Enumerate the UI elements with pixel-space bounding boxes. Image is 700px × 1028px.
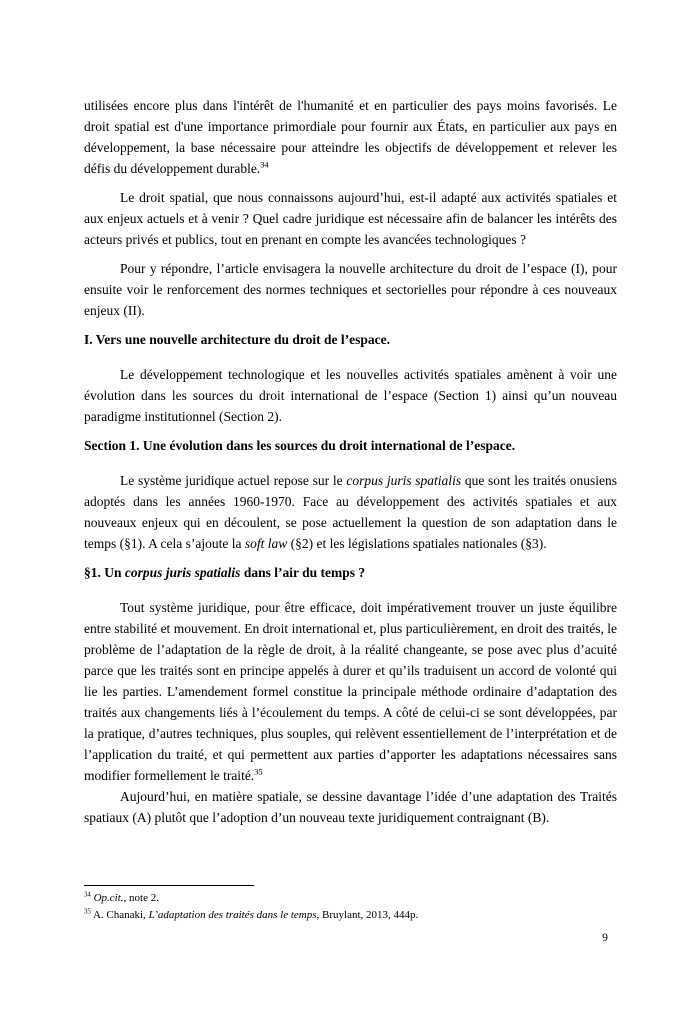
footnote: 35 A. Chanaki, L’adaptation des traités … — [84, 907, 617, 924]
paragraph: Tout système juridique, pour être effica… — [84, 597, 617, 786]
paragraph: utilisées encore plus dans l'intérêt de … — [84, 95, 617, 179]
text-segment: §1. Un — [84, 565, 125, 580]
paragraph: Le droit spatial, que nous connaissons a… — [84, 187, 617, 250]
paragraph: Le développement technologique et les no… — [84, 364, 617, 427]
text-segment: Tout système juridique, pour être effica… — [84, 600, 617, 783]
text-segment: A. Chanaki, — [91, 909, 149, 921]
text-segment: corpus juris spatialis — [125, 565, 241, 580]
text-segment: Le développement technologique et les no… — [84, 367, 617, 424]
text-segment: , note 2. — [124, 892, 159, 904]
page-number: 9 — [590, 932, 620, 944]
text-segment: , Bruylant, 2013, 444p. — [317, 909, 419, 921]
section-heading: §1. Un corpus juris spatialis dans l’air… — [84, 562, 617, 583]
footnote-separator — [84, 885, 254, 886]
paragraph: Pour y répondre, l’article envisagera la… — [84, 258, 617, 321]
text-segment: I. Vers une nouvelle architecture du dro… — [84, 332, 390, 347]
text-segment: Pour y répondre, l’article envisagera la… — [84, 261, 617, 318]
text-segment: Section 1. Une évolution dans les source… — [84, 438, 515, 453]
document-page: utilisées encore plus dans l'intérêt de … — [0, 0, 700, 1028]
paragraph: Le système juridique actuel repose sur l… — [84, 470, 617, 554]
text-segment: L’adaptation des traités dans le temps — [149, 909, 317, 921]
section-heading: Section 1. Une évolution dans les source… — [84, 435, 617, 456]
text-segment: Op.cit. — [94, 892, 124, 904]
text-segment: Aujourd’hui, en matière spatiale, se des… — [84, 789, 617, 825]
text-segment: corpus juris spatialis — [346, 473, 461, 488]
footnote-reference: 35 — [84, 908, 91, 915]
footnote-reference: 34 — [260, 161, 268, 170]
section-heading: I. Vers une nouvelle architecture du dro… — [84, 329, 617, 350]
footnote: 34 Op.cit., note 2. — [84, 890, 617, 907]
text-segment: Le droit spatial, que nous connaissons a… — [84, 190, 617, 247]
text-segment: dans l’air du temps ? — [240, 565, 365, 580]
footnote-reference: 34 — [84, 891, 91, 898]
document-body: utilisées encore plus dans l'intérêt de … — [84, 95, 617, 836]
text-segment: utilisées encore plus dans l'intérêt de … — [84, 98, 617, 176]
footnote-reference: 35 — [254, 768, 262, 777]
text-segment: (§2) et les législations spatiales natio… — [287, 536, 546, 551]
footnotes: 34 Op.cit., note 2.35 A. Chanaki, L’adap… — [84, 890, 617, 924]
text-segment: Le système juridique actuel repose sur l… — [120, 473, 346, 488]
text-segment: soft law — [245, 536, 287, 551]
paragraph: Aujourd’hui, en matière spatiale, se des… — [84, 786, 617, 828]
